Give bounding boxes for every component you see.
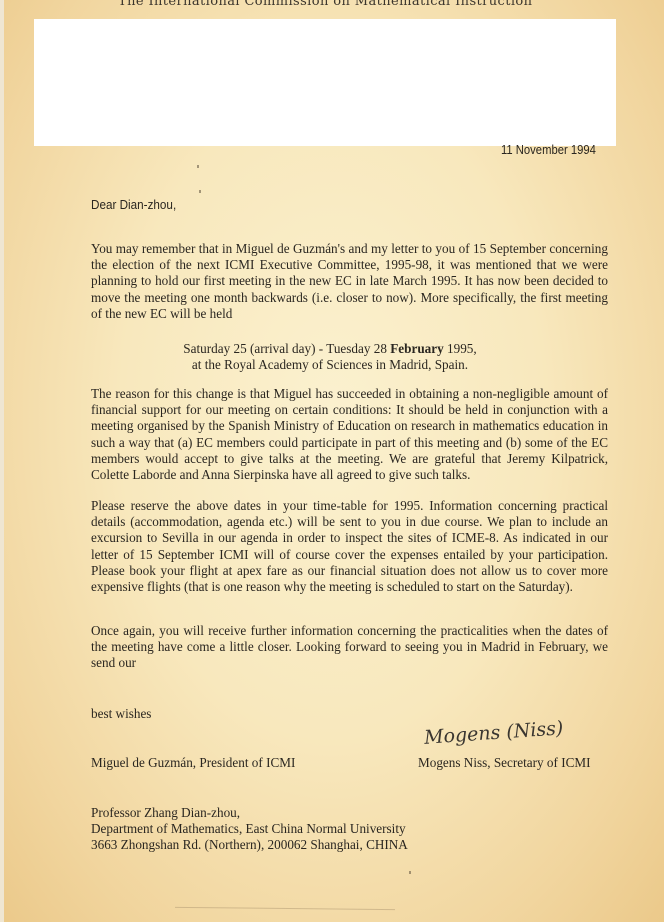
redaction-block	[34, 19, 616, 146]
letterhead-title: The International Commission on Mathemat…	[118, 0, 532, 9]
closing: best wishes	[91, 706, 151, 722]
paper-speck	[197, 165, 199, 168]
meeting-dates: Saturday 25 (arrival day) - Tuesday 28 F…	[160, 341, 500, 357]
paragraph-2: The reason for this change is that Migue…	[91, 386, 608, 483]
recipient-address: Professor Zhang Dian-zhou, Department of…	[91, 805, 408, 853]
paragraph-3: Please reserve the above dates in your t…	[91, 498, 608, 595]
signatory-president: Miguel de Guzmán, President of ICMI	[91, 755, 295, 771]
meeting-details: Saturday 25 (arrival day) - Tuesday 28 F…	[160, 341, 500, 373]
meeting-month: February	[390, 341, 443, 356]
salutation: Dear Dian-zhou,	[91, 197, 176, 212]
letter-page: The International Commission on Mathemat…	[0, 0, 664, 922]
meeting-dates-suffix: 1995,	[444, 341, 477, 356]
meeting-venue: at the Royal Academy of Sciences in Madr…	[160, 357, 500, 373]
address-line-2: Department of Mathematics, East China No…	[91, 821, 408, 837]
paper-crease	[175, 907, 395, 910]
letter-date: 11 November 1994	[501, 143, 596, 157]
paper-speck	[199, 190, 201, 193]
handwritten-signature: Mogens (Niss)	[423, 717, 564, 749]
paragraph-4: Once again, you will receive further inf…	[91, 623, 608, 672]
paper-speck	[409, 871, 411, 874]
address-line-1: Professor Zhang Dian-zhou,	[91, 805, 408, 821]
paragraph-1: You may remember that in Miguel de Guzmá…	[91, 241, 608, 322]
meeting-dates-prefix: Saturday 25 (arrival day) - Tuesday 28	[183, 341, 390, 356]
address-line-3: 3663 Zhongshan Rd. (Northern), 200062 Sh…	[91, 837, 408, 853]
signatory-secretary: Mogens Niss, Secretary of ICMI	[418, 755, 591, 771]
